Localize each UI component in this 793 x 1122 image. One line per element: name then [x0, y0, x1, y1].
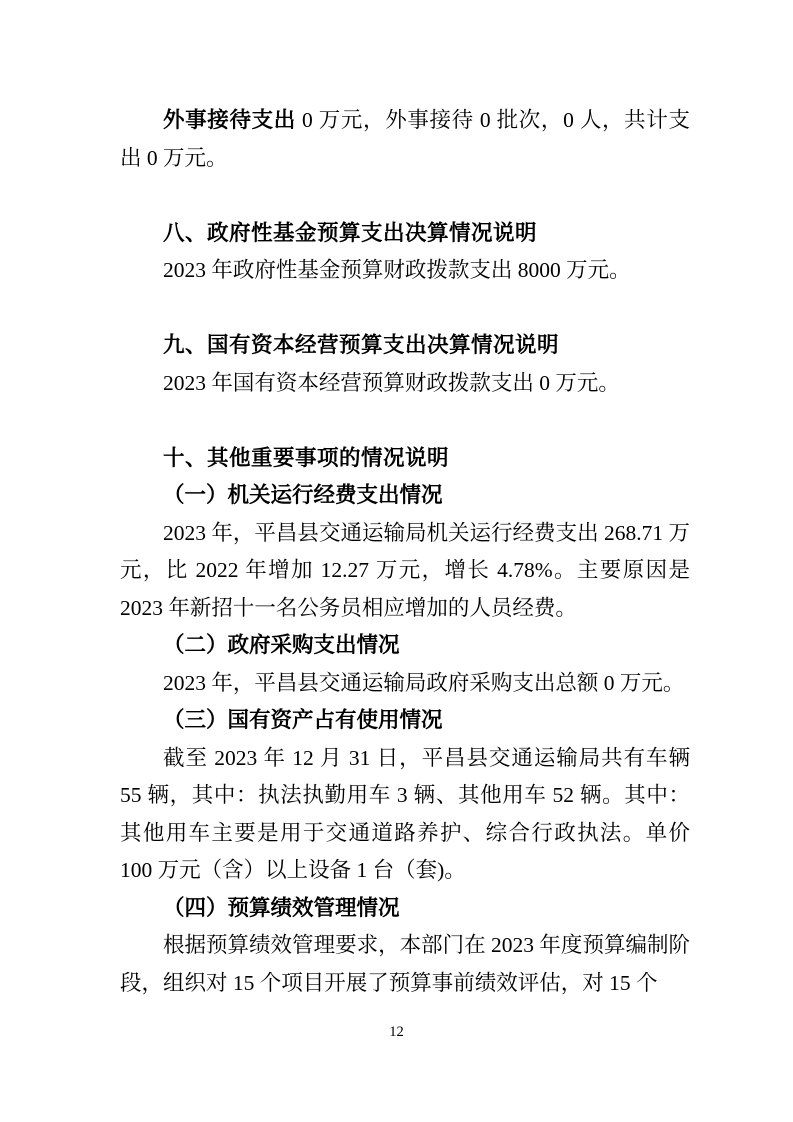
document-body: 外事接待支出 0 万元，外事接待 0 批次，0 人，共计支出 0 万元。 八、政… — [120, 102, 690, 1002]
page-footer: 12 — [0, 1020, 793, 1044]
subsection-1-paragraph: 2023 年，平昌县交通运输局机关运行经费支出 268.71 万元，比 2022… — [120, 515, 690, 628]
paragraph-foreign-affairs: 外事接待支出 0 万元，外事接待 0 批次，0 人，共计支出 0 万元。 — [120, 102, 690, 177]
subsection-3-paragraph: 截至 2023 年 12 月 31 日，平昌县交通运输局共有车辆 55 辆，其中… — [120, 740, 690, 890]
section-8-heading: 八、政府性基金预算支出决算情况说明 — [120, 215, 690, 253]
subsection-3-heading: （三）国有资产占有使用情况 — [120, 702, 690, 740]
subsection-2-heading: （二）政府采购支出情况 — [120, 627, 690, 665]
page-number: 12 — [389, 1024, 404, 1040]
paragraph-foreign-affairs-bold-lead: 外事接待支出 — [163, 108, 296, 132]
section-10-heading: 十、其他重要事项的情况说明 — [120, 440, 690, 478]
section-9-paragraph: 2023 年国有资本经营预算财政拨款支出 0 万元。 — [120, 365, 690, 403]
section-8-paragraph: 2023 年政府性基金预算财政拨款支出 8000 万元。 — [120, 252, 690, 290]
document-page: 外事接待支出 0 万元，外事接待 0 批次，0 人，共计支出 0 万元。 八、政… — [0, 0, 793, 1122]
subsection-4-heading: （四）预算绩效管理情况 — [120, 890, 690, 928]
section-9-heading: 九、国有资本经营预算支出决算情况说明 — [120, 327, 690, 365]
subsection-4-paragraph: 根据预算绩效管理要求，本部门在 2023 年度预算编制阶段，组织对 15 个项目… — [120, 927, 690, 1002]
subsection-2-paragraph: 2023 年，平昌县交通运输局政府采购支出总额 0 万元。 — [120, 665, 690, 703]
subsection-1-heading: （一）机关运行经费支出情况 — [120, 477, 690, 515]
